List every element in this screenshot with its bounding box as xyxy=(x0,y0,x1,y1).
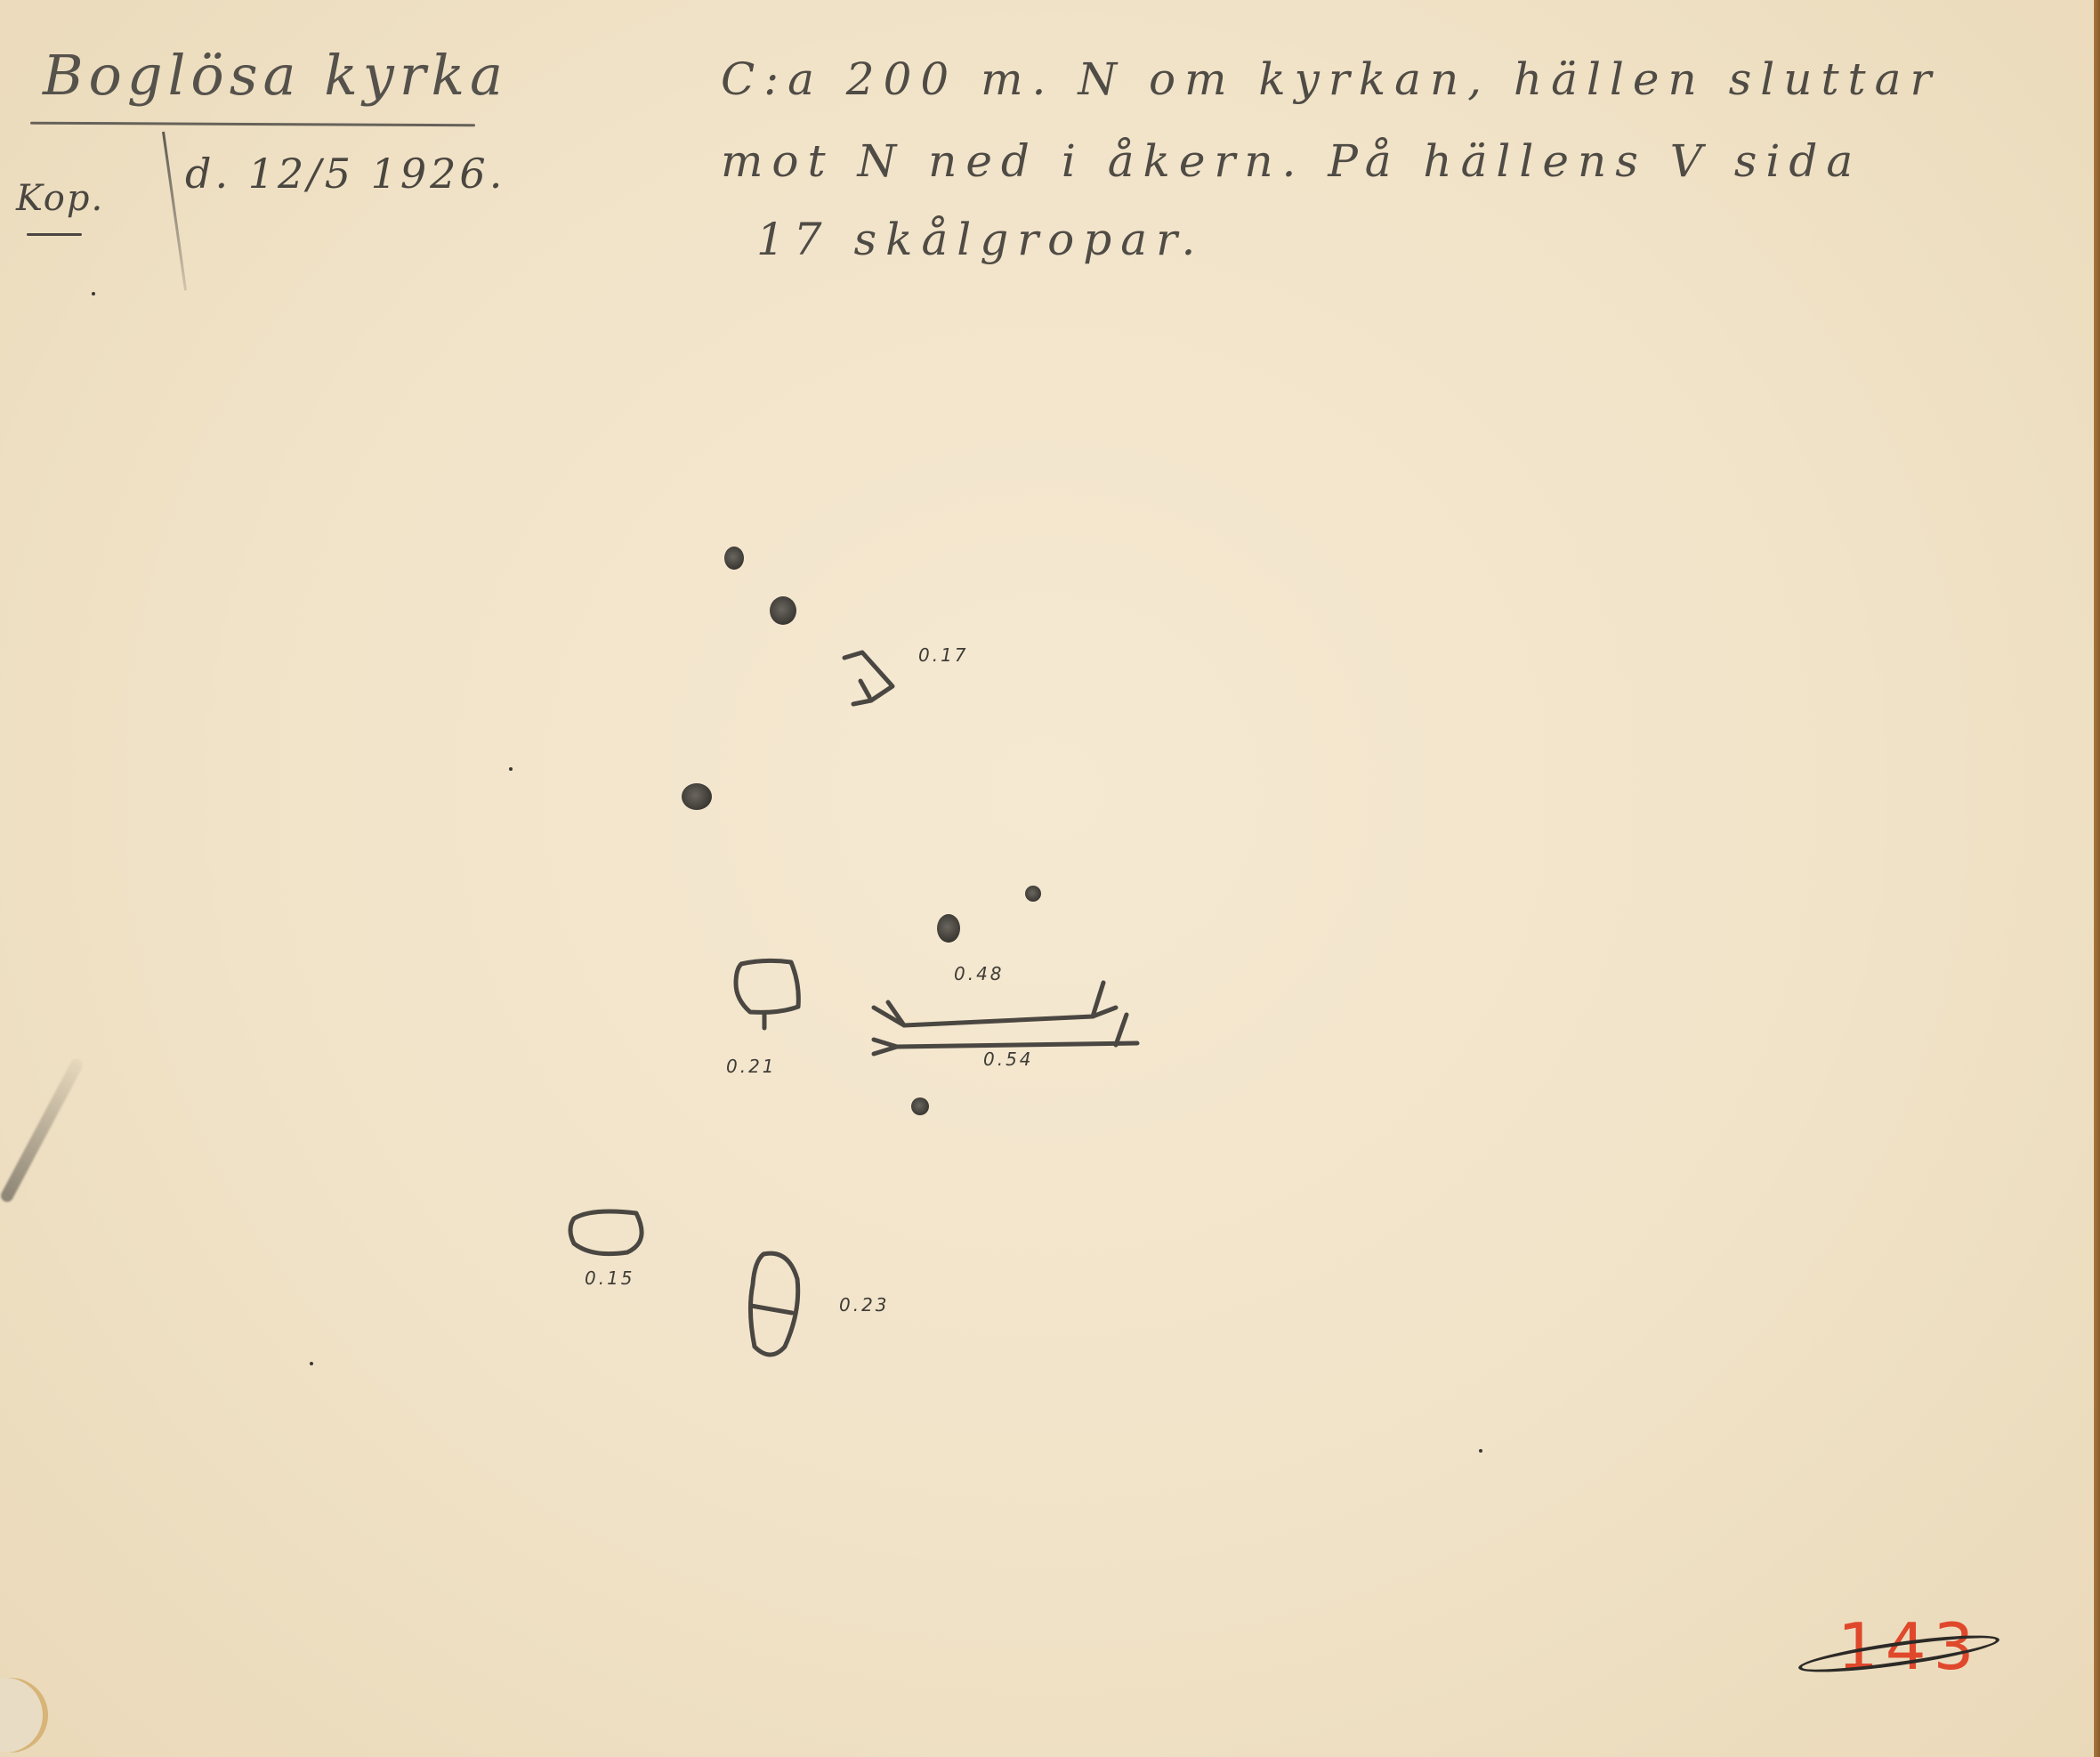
divided-oval-figure xyxy=(746,1249,817,1364)
copy-mark: Kop. xyxy=(16,178,104,219)
hooked-bracket-figure xyxy=(841,645,912,717)
document-title: Boglösa kyrka xyxy=(43,43,508,108)
description-line-3: 17 skålgropar. xyxy=(756,214,1204,265)
pencil-speck xyxy=(1479,1449,1482,1453)
measurement-label: 0.17 xyxy=(918,644,969,666)
measurement-label: 0.15 xyxy=(585,1267,635,1289)
cup-mark xyxy=(937,914,960,943)
rounded-square-figure xyxy=(725,957,814,1046)
measurement-label: 0.21 xyxy=(726,1056,777,1077)
description-line-2: mot N ned i åkern. På hällens V sida xyxy=(721,135,1862,187)
date-prefix: d. xyxy=(185,150,231,198)
cup-mark xyxy=(911,1097,929,1115)
measurement-label: 0.54 xyxy=(983,1049,1034,1070)
cup-mark xyxy=(770,596,796,625)
page-edge xyxy=(2093,0,2100,1757)
cup-mark xyxy=(1025,886,1041,902)
oval-figure xyxy=(565,1206,654,1268)
boat-figure xyxy=(870,970,1173,1059)
copy-mark-underline xyxy=(27,233,82,236)
cup-mark xyxy=(682,783,712,810)
date-value: 12/5 1926. xyxy=(248,150,506,198)
pencil-speck xyxy=(310,1362,313,1365)
cup-mark xyxy=(724,547,744,570)
measurement-label: 0.23 xyxy=(839,1294,890,1316)
pencil-speck xyxy=(92,292,95,296)
pencil-speck xyxy=(509,767,513,771)
record-date: d. 12/5 1926. xyxy=(185,150,505,198)
description-line-1: C:a 200 m. N om kyrkan, hällen sluttar xyxy=(721,53,1940,105)
